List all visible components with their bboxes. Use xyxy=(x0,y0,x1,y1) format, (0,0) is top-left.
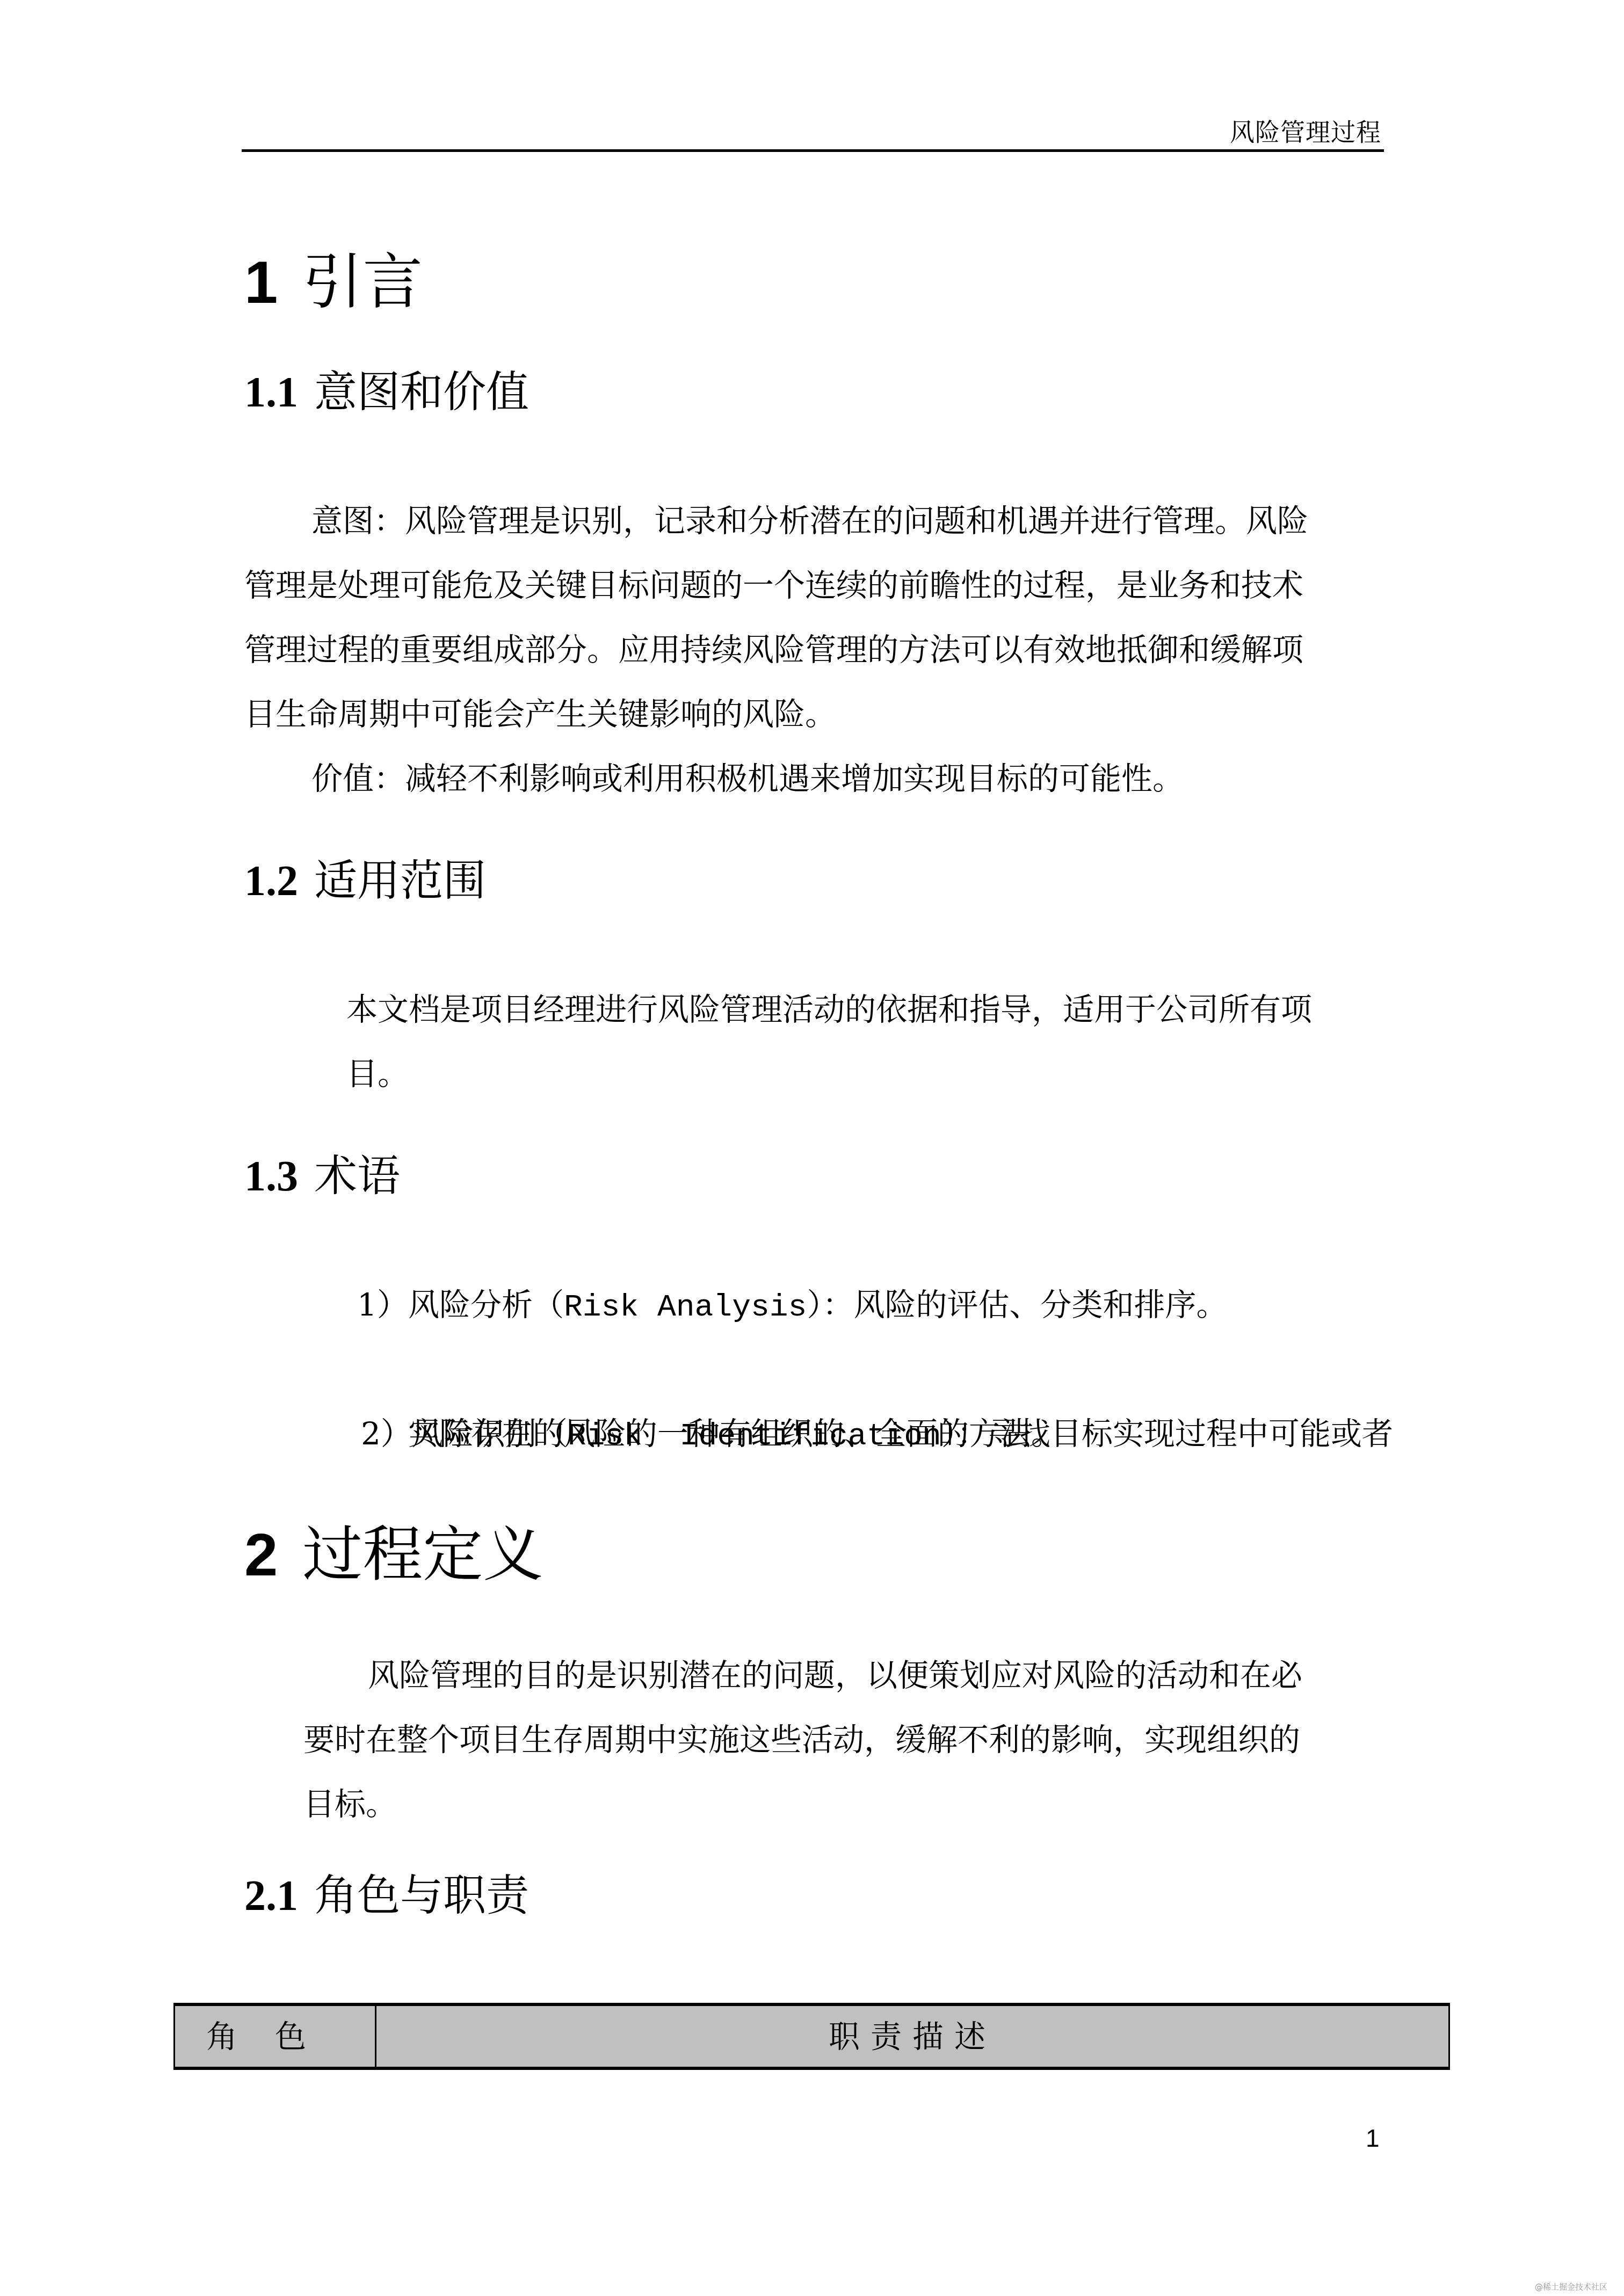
heading-text: 角色与职责 xyxy=(314,1870,529,1920)
header-rule xyxy=(242,149,1384,152)
roles-responsibilities-table: 角色 职责描述 xyxy=(173,2003,1450,2070)
scope-line-1: 本文档是项目经理进行风险管理活动的依据和指导，适用于公司所有项 xyxy=(346,977,1312,1042)
term-english: Risk Analysis xyxy=(564,1290,807,1325)
heading-section-2-1: 2.1角色与职责 xyxy=(244,1874,529,1917)
heading-number: 1.2 xyxy=(244,858,298,905)
heading-text: 意图和价值 xyxy=(314,367,529,417)
scope-line-2: 目。 xyxy=(346,1042,409,1106)
term-continuation: 实际存在的风险的一种有组织的、全面的方法。 xyxy=(408,1401,1062,1466)
term-prefix: 1）风险分析（ xyxy=(357,1287,564,1323)
table-header-row: 角色 职责描述 xyxy=(175,2004,1449,2068)
heading-number: 2.1 xyxy=(244,1872,298,1920)
process-line-2: 要时在整个项目生存周期中实施这些活动，缓解不利的影响，实现组织的 xyxy=(303,1708,1300,1772)
term-suffix: ）：风险的评估、分类和排序。 xyxy=(807,1287,1227,1323)
heading-text: 过程定义 xyxy=(302,1520,543,1590)
process-line-1: 风险管理的目的是识别潜在的问题，以便策划应对风险的活动和在必 xyxy=(368,1643,1302,1708)
page-number: 1 xyxy=(1366,2124,1380,2153)
watermark: @稀土掘金技术社区 xyxy=(1535,2281,1607,2292)
heading-number: 2 xyxy=(244,1521,278,1588)
table-header-responsibility: 职责描述 xyxy=(376,2004,1449,2068)
value-line: 价值：减轻不利影响或利用积极机遇来增加实现目标的可能性。 xyxy=(311,746,1184,811)
table-header-role: 角色 xyxy=(175,2004,376,2068)
running-header-title: 风险管理过程 xyxy=(1230,113,1381,148)
heading-text: 适用范围 xyxy=(314,855,486,905)
heading-section-1-2: 1.2适用范围 xyxy=(244,859,486,903)
intent-line-3: 管理过程的重要组成部分。应用持续风险管理的方法可以有效地抵御和缓解项 xyxy=(244,617,1303,682)
intent-line-4: 目生命周期中可能会产生关键影响的风险。 xyxy=(244,682,836,746)
heading-section-1-1: 1.1意图和价值 xyxy=(244,370,529,414)
heading-text: 术语 xyxy=(314,1151,400,1201)
heading-text: 引言 xyxy=(302,248,423,317)
heading-number: 1.1 xyxy=(244,369,298,416)
heading-section-1: 1引言 xyxy=(244,252,423,313)
term-item-risk-analysis: 1）风险分析（Risk Analysis）：风险的评估、分类和排序。 xyxy=(357,1273,1227,1340)
intent-line-1: 意图：风险管理是识别，记录和分析潜在的问题和机遇并进行管理。风险 xyxy=(311,489,1308,553)
process-line-3: 目标。 xyxy=(303,1772,397,1836)
heading-section-2: 2过程定义 xyxy=(244,1525,543,1585)
intent-line-2: 管理是处理可能危及关键目标问题的一个连续的前瞻性的过程，是业务和技术 xyxy=(244,553,1303,617)
heading-section-1-3: 1.3术语 xyxy=(244,1154,400,1198)
heading-number: 1.3 xyxy=(244,1153,298,1200)
heading-number: 1 xyxy=(244,249,278,316)
